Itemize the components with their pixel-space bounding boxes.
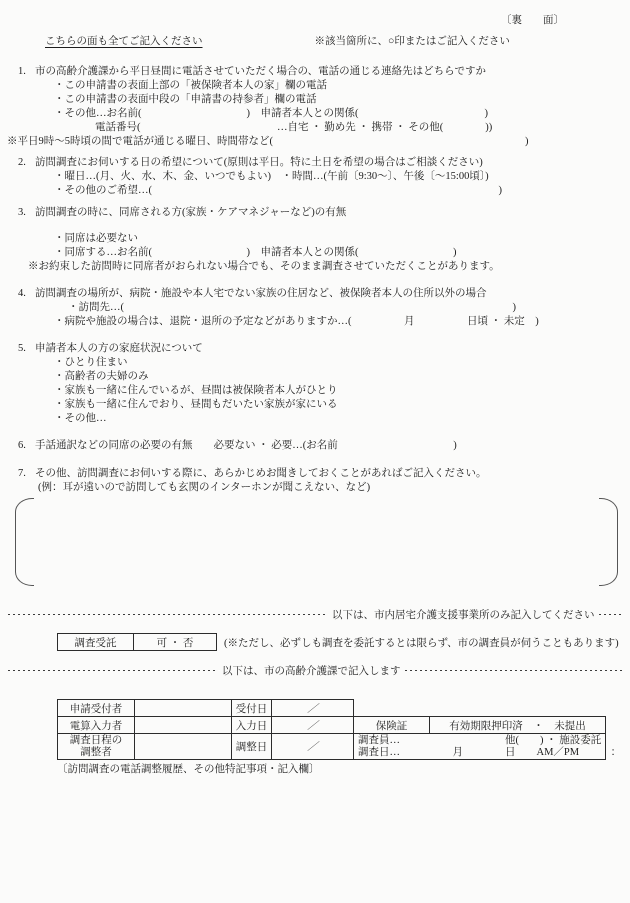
section-2-day-time-line: ・曜日…(月、火、水、木、金、いつでもよい) ・時間…(午前〔9:30〜〕、午後… xyxy=(0,170,630,184)
section-7-title-row: 7. その他、訪問調査にお伺いする際に、あらかじめお聞きしておくことがあればご記… xyxy=(0,467,630,481)
entry-date-value-cell: ／ xyxy=(271,716,354,734)
surveyor-info-cell: 調査員… 他( ) ・ 施設委託 調査日… 月 日 AM／PM ： xyxy=(353,733,606,760)
section-5-alone-daytime: ・家族も一緒に住んでいるが、昼間は被保険者本人がひとり xyxy=(0,384,630,398)
answer-box-paren-left xyxy=(15,498,34,586)
entry-date-label-cell: 入力日 xyxy=(231,716,272,734)
schedule-coordinator-fill-cell xyxy=(134,733,232,760)
section-2-title-row: 2. 訪問調査にお伺いする日の希望について(原則は平日。特に土日を希望の場合はご… xyxy=(0,156,630,170)
schedule-coordinator-label-line1: 調査日程の xyxy=(70,735,123,747)
section-6-row: 6. 手話通訳などの同席の必要の有無 必要ない ・ 必要…(お名前 ) xyxy=(0,439,630,453)
adjust-date-label-cell: 調整日 xyxy=(231,733,272,760)
schedule-coordinator-label-cell: 調査日程の 調整者 xyxy=(57,733,135,760)
section-7-title: その他、訪問調査にお伺いする際に、あらかじめお聞きしておくことがあればご記入くだ… xyxy=(35,467,487,481)
divider-care-support-office-text: 以下は、市内居宅介護支援事業所のみ記入してください xyxy=(328,607,599,622)
survey-consignment-label-cell: 調査受託 xyxy=(57,633,134,651)
section-3-number: 3. xyxy=(18,206,35,220)
corner-label: 〔裏 面〕 xyxy=(0,14,630,28)
application-receiver-fill-cell xyxy=(134,699,232,717)
section-2-number: 2. xyxy=(18,156,35,170)
divider-city-office: 以下は、市の高齢介護課で記入します xyxy=(8,663,622,677)
section-1-option-home-phone: ・この申請書の表面上部の「被保険者本人の家」欄の電話 xyxy=(0,79,630,93)
section-4-title-row: 4. 訪問調査の場所が、病院・施設や本人宅でない家族の住居など、被保険者本人の住… xyxy=(0,287,630,301)
section-1-phone-number-line: 電話番号( …自宅 ・ 勤め先 ・ 携帯 ・ その他( )) xyxy=(0,121,630,135)
divider-dashes-right xyxy=(599,614,623,615)
section-3-title: 訪問調査の時に、同席される方(家族・ケアマネジャーなど)の有無 xyxy=(35,206,346,220)
receipt-date-value-cell: ／ xyxy=(271,699,354,717)
section-3-attendance-name: ・同席する…お名前( ) 申請者本人との関係( ) xyxy=(0,246,630,260)
section-4-visit-place-line: ・訪問先…( ) xyxy=(0,301,630,315)
section-5-family-home: ・家族も一緒に住んでおり、昼間もだいたい家族が家にいる xyxy=(0,398,630,412)
section-1-option-bringer-phone: ・この申請書の表面中段の「申請書の持参者」欄の電話 xyxy=(0,93,630,107)
section-4-discharge-line: ・病院や施設の場合は、退院・退所の予定などがありますか…( 月 日頃 ・ 未定 … xyxy=(0,315,630,329)
section-5-title: 申請者本人の方の家庭状況について xyxy=(35,342,203,356)
survey-date-line: 調査日… 月 日 AM／PM ： xyxy=(358,747,621,759)
section-7-example: (例：耳が遠いので訪問しても玄関のインターホンが聞こえない、など) xyxy=(0,481,630,495)
form-back-page: 〔裏 面〕 こちらの面も全てご記入ください ※該当箇所に、○印またはご記入くださ… xyxy=(0,0,630,903)
section-4-number: 4. xyxy=(18,287,35,301)
receipt-date-label-cell: 受付日 xyxy=(231,699,272,717)
divider-care-support-office: 以下は、市内居宅介護支援事業所のみ記入してください xyxy=(8,607,622,621)
section-5-number: 5. xyxy=(18,342,35,356)
section-4-title: 訪問調査の場所が、病院・施設や本人宅でない家族の住居など、被保険者本人の住所以外… xyxy=(35,287,487,301)
survey-consignment-value-cell: 可 ・ 否 xyxy=(133,633,217,651)
section-1-number: 1. xyxy=(18,65,35,79)
answer-box xyxy=(0,497,630,587)
circle-mark-instruction: ※該当箇所に、○印またはご記入ください xyxy=(315,33,510,48)
insurance-card-label-cell: 保険証 xyxy=(353,716,430,734)
divider-dashes-left xyxy=(8,614,328,615)
fill-in-instruction: こちらの面も全てご記入ください xyxy=(45,33,203,48)
section-6-number: 6. xyxy=(18,439,35,453)
insurance-card-status-cell: 有効期限押印済 ・ 未提出 xyxy=(429,716,606,734)
table-row-schedule-coordinator: 調査日程の 調整者 調整日 ／ 調査員… 他( ) ・ 施設委託 調査日… 月 … xyxy=(57,734,630,760)
section-5-living-alone: ・ひとり住まい xyxy=(0,356,630,370)
survey-consignment-note: (※ただし、必ずしも調査を委託するとは限らず、市の調査員が伺うこともあります) xyxy=(224,635,619,650)
divider-city-office-text: 以下は、市の高齢介護課で記入します xyxy=(218,663,405,678)
section-5-elderly-couple: ・高齢者の夫婦のみ xyxy=(0,370,630,384)
divider2-dashes-right xyxy=(405,670,623,671)
schedule-coordinator-label-line2: 調整者 xyxy=(80,747,112,759)
section-3-title-row: 3. 訪問調査の時に、同席される方(家族・ケアマネジャーなど)の有無 xyxy=(0,206,630,220)
application-receiver-label-cell: 申請受付者 xyxy=(57,699,135,717)
section-2-title: 訪問調査にお伺いする日の希望について(原則は平日。特に土日を希望の場合はご相談く… xyxy=(35,156,483,170)
section-3-note: ※お約束した訪問時に同席者がおられない場合でも、そのまま調査させていただくことが… xyxy=(0,260,630,274)
section-5-title-row: 5. 申請者本人の方の家庭状況について xyxy=(0,342,630,356)
data-entry-label-cell: 電算入力者 xyxy=(57,716,135,734)
office-use-table: 申請受付者 受付日 ／ 電算入力者 入力日 ／ 保険証 有効期限押印済 ・ 未提… xyxy=(57,699,630,760)
section-3-no-attendance: ・同席は必要ない xyxy=(0,232,630,246)
instruction-row: こちらの面も全てご記入ください ※該当箇所に、○印またはご記入ください xyxy=(0,33,630,48)
section-1-title: 市の高齢介護課から平日昼間に電話させていただく場合の、電話の通じる連絡先はどちら… xyxy=(35,65,486,79)
phone-adjust-history-footnote: 〔訪問調査の電話調整履歴、その他特記事項・記入欄〕 xyxy=(57,763,630,777)
section-2-other-request-line: ・その他のご希望…( ) xyxy=(0,184,630,198)
table-row-data-entry: 電算入力者 入力日 ／ 保険証 有効期限押印済 ・ 未提出 xyxy=(57,717,630,734)
section-6-line: 手話通訳などの同席の必要の有無 必要ない ・ 必要…(お名前 ) xyxy=(35,439,457,453)
divider2-dashes-left xyxy=(8,670,218,671)
section-1-weekday-note: ※平日9時〜5時頃の間で電話が通じる曜日、時間帯など( ) xyxy=(0,135,630,149)
data-entry-fill-cell xyxy=(134,716,232,734)
survey-consignment-box: 調査受託 可 ・ 否 (※ただし、必ずしも調査を委託するとは限らず、市の調査員が… xyxy=(57,633,630,651)
answer-box-paren-right xyxy=(599,498,618,586)
adjust-date-value-cell: ／ xyxy=(271,733,354,760)
table-row-application-receiver: 申請受付者 受付日 ／ xyxy=(57,699,630,717)
section-5-other: ・その他… xyxy=(0,412,630,426)
section-1-title-row: 1. 市の高齢介護課から平日昼間に電話させていただく場合の、電話の通じる連絡先は… xyxy=(0,65,630,79)
section-1-option-other-name: ・その他…お名前( ) 申請者本人との関係( ) xyxy=(0,107,630,121)
surveyor-line: 調査員… 他( ) ・ 施設委託 xyxy=(358,735,601,747)
section-7-number: 7. xyxy=(18,467,35,481)
